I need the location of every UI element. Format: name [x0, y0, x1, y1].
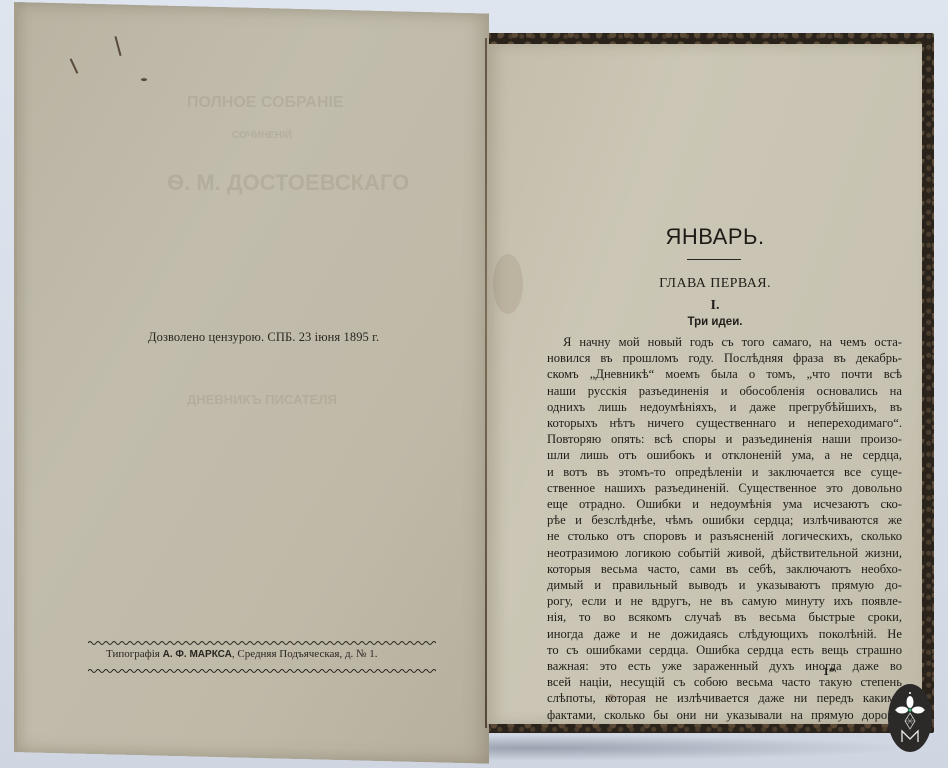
bleed-through-text: СОЧИНЕНІЙ — [232, 130, 292, 141]
body-line: скомъ „Дневникѣ“ моемъ была о томъ, „что… — [547, 366, 902, 382]
bleed-through-text: ДНЕВНИКЪ ПИСАТЕЛЯ — [187, 392, 337, 407]
book-spine-gutter — [485, 38, 487, 728]
pencil-mark — [70, 58, 79, 73]
body-line: однихъ лишь недоумѣніяхъ, и даже прегруб… — [547, 399, 902, 415]
body-line: и вотъ въ этомъ-то опредѣленіи и заключа… — [547, 464, 902, 480]
body-line: нія, то во всякомъ случаѣ въ весьма быст… — [547, 609, 902, 625]
ink-spot — [141, 78, 147, 81]
signature-mark: 1* — [823, 664, 835, 679]
foxing-stain — [493, 254, 523, 314]
flower-monogram-icon — [888, 684, 932, 752]
body-line: наши русскія разъединенія и обособленія … — [547, 383, 902, 399]
printer-imprint: Типографія А. Ф. МАРКСА, Средняя Подъяче… — [88, 640, 436, 676]
body-line: еще отрадно. Ошибки и недоумѣнія ума исч… — [547, 496, 902, 512]
body-text: Я начну мой новый годъ съ того самаго, н… — [547, 334, 902, 723]
body-line: димый и правильный выводъ и указываютъ п… — [547, 577, 902, 593]
body-line: Я начну мой новый годъ съ того самаго, н… — [547, 334, 902, 350]
bleed-through-text: Ѳ. М. ДОСТОЕВСКАГО — [167, 170, 409, 196]
body-line: неотразимою логикою событій живой, дѣйст… — [547, 545, 902, 561]
censorship-note: Дозволено цензурою. СПБ. 23 іюня 1895 г. — [148, 330, 398, 345]
body-line: которыхъ нѣтъ ничего существеннаго и неп… — [547, 415, 902, 431]
watermark-badge — [888, 684, 932, 752]
body-line: Повторяю опять: всѣ споры и разъединенія… — [547, 431, 902, 447]
body-line: новился въ прошломъ году. Послѣдняя фраз… — [547, 350, 902, 366]
body-line: шли лишь отъ ошибокъ и отклоненій ума, а… — [547, 447, 902, 463]
wavy-rule-top — [88, 640, 436, 646]
wavy-rule-bottom — [88, 668, 436, 674]
body-line: то съ ошибками сердца. Ошибка сердца ест… — [547, 642, 902, 658]
imprint-address: , Средняя Подъяческая, д. № 1. — [232, 648, 378, 660]
body-line: рѣе и безслѣднѣе, чѣмъ ошибки сердца; из… — [547, 512, 902, 528]
imprint-prefix: Типографія — [106, 648, 163, 660]
bleed-through-text: ПОЛНОЕ СОБРАНІЕ — [187, 94, 343, 112]
section-title: Три идеи. — [640, 316, 790, 328]
chapter-title: ГЛАВА ПЕРВАЯ. — [620, 276, 810, 292]
publisher-name: А. Ф. МАРКСА — [163, 649, 232, 660]
body-line: слѣпоты, которая не излѣчивается даже ни… — [547, 690, 902, 706]
body-line: иногда даже и не дожидаясь слѣдующихъ по… — [547, 626, 902, 642]
body-line: ственное нашихъ разъединеній. Существенн… — [547, 480, 902, 496]
body-line: важная: это есть уже зараженный духъ ино… — [547, 658, 902, 674]
body-line: рогу, если и не вдругъ, не въ самую мину… — [547, 593, 902, 609]
body-line: всей націи, несущій съ собою весьма част… — [547, 674, 902, 690]
section-number: I. — [700, 298, 730, 314]
body-line: не столько отъ споровъ и разъясненій лог… — [547, 528, 902, 544]
imprint-text: Типографія А. Ф. МАРКСА, Средняя Подъяче… — [106, 648, 378, 660]
pencil-mark — [114, 36, 121, 56]
body-line: которыя весьма часто, сами въ себѣ, закл… — [547, 561, 902, 577]
body-line: фактами, сколько бы они ни указывали на … — [547, 707, 902, 723]
title-rule — [687, 259, 741, 260]
month-title: ЯНВАРЬ. — [640, 224, 790, 250]
